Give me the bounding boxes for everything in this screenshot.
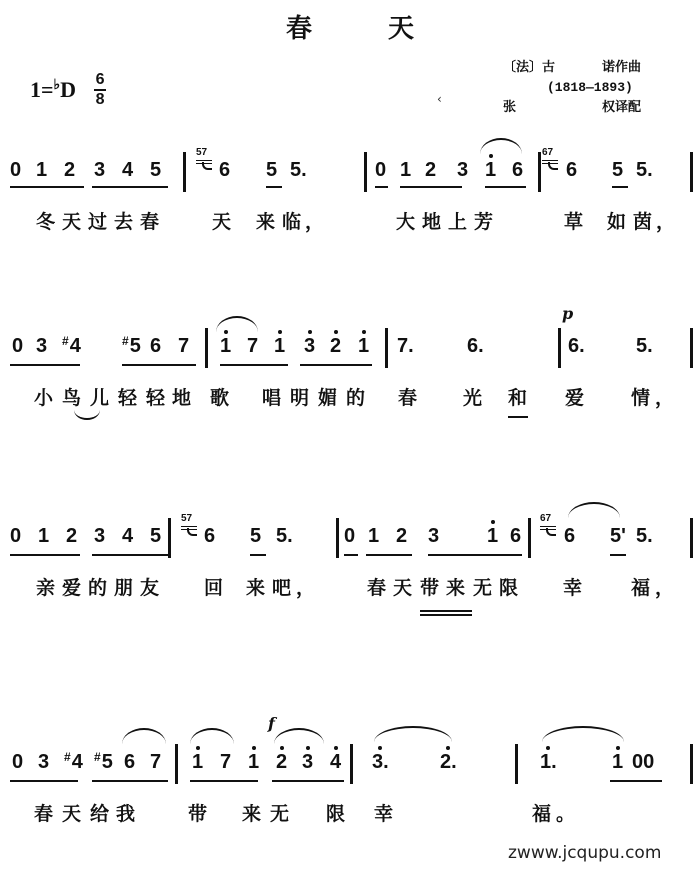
barline <box>364 152 367 192</box>
lyrics-row: 亲爱的朋友回来吧，春天带来无限幸福， <box>0 576 700 602</box>
note-value: 6 <box>512 159 523 181</box>
lyrics-row: 小鸟儿轻轻地歌唱明媚的春光和爱情， <box>0 386 700 412</box>
beam-underline <box>10 554 80 556</box>
lyric-char: 吧 <box>272 576 291 600</box>
slur-arc <box>480 138 522 154</box>
beam-underline <box>610 554 626 556</box>
note-value: 6 <box>204 525 215 547</box>
note-value: 5 <box>250 525 261 547</box>
sharp-icon: # <box>62 334 69 348</box>
lyric-char: 明 <box>290 386 309 410</box>
note-value: 2 <box>330 335 341 357</box>
composer-years: (1818—1893) <box>503 78 641 98</box>
song-title: 春天 <box>0 8 700 45</box>
note: 6. <box>467 334 484 358</box>
note: 7. <box>397 334 414 358</box>
lyric-char: 来 <box>446 576 465 600</box>
note-value: 1 <box>368 525 379 547</box>
barline <box>690 744 693 784</box>
note: 2 <box>425 158 436 182</box>
grace-notes: 57 <box>181 514 192 524</box>
barline <box>558 328 561 368</box>
beam-underline <box>10 364 80 366</box>
note: #5 <box>94 750 113 776</box>
note: 0 <box>10 158 21 182</box>
note-value: 4 <box>122 525 133 547</box>
note-value: 5 <box>150 159 161 181</box>
barline <box>183 152 186 192</box>
lyrics-row: 春天给我带来无限幸福。 <box>0 802 700 828</box>
lyric-char: 去 <box>114 210 133 234</box>
barline <box>350 744 353 784</box>
lyric-char: 春 <box>367 576 386 600</box>
lyric-char: 福 <box>532 802 551 826</box>
note: 5. <box>636 334 653 358</box>
note: 2 <box>330 334 341 358</box>
note: 3 <box>36 334 47 358</box>
barline <box>385 328 388 368</box>
note-value: 5 <box>266 159 277 181</box>
beam-underline <box>428 554 522 556</box>
note: 2. <box>440 750 457 774</box>
note-value: 5. <box>636 159 653 181</box>
lyric-char: 情 <box>631 386 650 410</box>
composer-role: 诺作曲 <box>602 58 641 78</box>
note: 1 <box>358 334 369 358</box>
note: 5 <box>150 158 161 182</box>
note-value: 3 <box>428 525 439 547</box>
slur-arc <box>216 316 258 332</box>
lyric-char: 春 <box>140 210 159 234</box>
note-value: 2 <box>276 751 287 773</box>
lyric-char: ， <box>655 386 674 410</box>
note: #4 <box>64 750 83 776</box>
slur-arc <box>542 726 624 742</box>
lyric-char: 大 <box>396 210 415 234</box>
note-value: 5. <box>636 335 653 357</box>
note-value: 1. <box>540 751 557 773</box>
note-value: 5. <box>636 525 653 547</box>
lyric-char: 轻 <box>118 386 137 410</box>
lyric-char: 春 <box>398 386 417 410</box>
note-value: 5 <box>612 159 623 181</box>
barline <box>175 744 178 784</box>
key-signature: 1 = ♭ D 6 8 <box>30 72 106 108</box>
note-value: 0 <box>10 525 21 547</box>
lyric-underline <box>420 614 472 616</box>
time-numerator: 6 <box>96 72 105 88</box>
key-tonic: 1 <box>30 77 41 103</box>
lyric-char: 幸 <box>374 802 393 826</box>
note: 6 <box>219 158 230 182</box>
lyric-char: 。 <box>556 802 575 826</box>
barline <box>690 518 693 558</box>
notation-row: 03#4#5671712343.2.1.100f <box>0 744 700 784</box>
credits: 〔法〕古 诺作曲 (1818—1893) 张 权译配 <box>503 58 641 118</box>
lyric-char: 冬 <box>36 210 55 234</box>
note: 6 <box>150 334 161 358</box>
lyric-char: 上 <box>448 210 467 234</box>
time-denominator: 8 <box>96 92 105 108</box>
note-value: 0 <box>10 159 21 181</box>
lyric-char: 如 <box>607 210 626 234</box>
note-value: 5 <box>130 335 141 357</box>
note-value: 1 <box>400 159 411 181</box>
note-value: 3. <box>372 751 389 773</box>
note: 1 <box>248 750 259 774</box>
lyric-char: 媚 <box>318 386 337 410</box>
note: #5 <box>122 334 141 360</box>
title-char-2: 天 <box>388 8 414 45</box>
note-value: 3 <box>302 751 313 773</box>
lyric-char: 限 <box>326 802 345 826</box>
lyric-underline <box>508 416 528 418</box>
note: #4 <box>62 334 81 360</box>
grace-notes: 67 <box>540 514 551 524</box>
note: 6 <box>512 158 523 182</box>
note: 4 <box>330 750 341 774</box>
slur-arc <box>122 728 166 744</box>
lyric-char: 临 <box>282 210 301 234</box>
beam-underline <box>10 186 84 188</box>
note: 3. <box>372 750 389 774</box>
lyric-char: ， <box>655 576 674 600</box>
lyric-char: 来 <box>242 802 261 826</box>
lyric-char: 带 <box>420 576 439 600</box>
lyric-char: 亲 <box>36 576 55 600</box>
note: 3 <box>457 158 468 182</box>
lyric-char: 光 <box>463 386 482 410</box>
note: 4 <box>122 158 133 182</box>
sharp-icon: # <box>64 750 71 764</box>
lyrics-row: 冬天过去春天来临，大地上芳草如茵， <box>0 210 700 236</box>
note-value: 2. <box>440 751 457 773</box>
beam-underline <box>610 780 662 782</box>
lyric-char: 限 <box>499 576 518 600</box>
note-value: 1 <box>274 335 285 357</box>
beam-underline <box>92 554 168 556</box>
note: 3 <box>302 750 313 774</box>
arranger-row: 张 权译配 <box>503 98 641 118</box>
barline <box>690 328 693 368</box>
lyric-char: 我 <box>116 802 135 826</box>
beam-underline <box>122 364 196 366</box>
note-value: 0 <box>344 525 355 547</box>
beam-underline <box>400 186 462 188</box>
lyric-char: 无 <box>270 802 289 826</box>
note-value: 1 <box>36 159 47 181</box>
note-value: 0 <box>375 159 386 181</box>
sharp-icon: # <box>122 334 129 348</box>
watermark: zwww.jcqupu.com <box>508 843 661 863</box>
note: 1 <box>274 334 285 358</box>
arranger-role: 权译配 <box>602 98 641 118</box>
lyric-char: 天 <box>212 210 231 234</box>
note-value: 3 <box>36 335 47 357</box>
beam-underline <box>10 780 78 782</box>
barline <box>538 152 541 192</box>
stray-mark: ‹ <box>437 92 442 106</box>
note: 0 <box>12 750 23 774</box>
lyric-char: 轻 <box>146 386 165 410</box>
lyric-slur-arc <box>74 410 100 420</box>
note: 5 <box>150 524 161 548</box>
lyric-char: 芳 <box>474 210 493 234</box>
note-value: 3 <box>94 525 105 547</box>
note-value: 2 <box>66 525 77 547</box>
lyric-char: 的 <box>346 386 365 410</box>
note: 5' <box>610 524 626 548</box>
barline <box>336 518 339 558</box>
note-value: 5 <box>150 525 161 547</box>
note-value: 7 <box>178 335 189 357</box>
note: 4 <box>122 524 133 548</box>
note-value: 1 <box>358 335 369 357</box>
note: 1 <box>220 334 231 358</box>
lyric-char: ， <box>305 210 324 234</box>
lyric-char: 歌 <box>210 386 229 410</box>
note: 00 <box>632 750 654 774</box>
note: 5. <box>636 524 653 548</box>
lyric-char: 朋 <box>114 576 133 600</box>
note: 2 <box>396 524 407 548</box>
note-value: 4 <box>72 751 83 773</box>
lyric-char: 春 <box>34 802 53 826</box>
grace-hook-icon <box>546 528 556 536</box>
beam-underline <box>375 186 388 188</box>
note-value: 2 <box>425 159 436 181</box>
grace-notes: 67 <box>542 148 553 158</box>
note-value: 7. <box>397 335 414 357</box>
lyric-char: 天 <box>393 576 412 600</box>
beam-underline <box>92 780 168 782</box>
time-signature: 6 8 <box>94 72 106 108</box>
beam-underline <box>220 364 288 366</box>
note-value: 0 <box>12 751 23 773</box>
slur-arc <box>568 502 620 518</box>
note: 3 <box>428 524 439 548</box>
note-value: 5' <box>610 525 626 547</box>
key-note: D <box>60 77 76 103</box>
note: 6 <box>204 524 215 548</box>
note: 6 <box>510 524 521 548</box>
beam-underline <box>366 554 412 556</box>
note: 1 <box>38 524 49 548</box>
note-value: 1 <box>38 525 49 547</box>
note: 5. <box>276 524 293 548</box>
beam-underline <box>92 186 168 188</box>
lyric-char: 无 <box>473 576 492 600</box>
lyric-char: 草 <box>564 210 583 234</box>
note: 3 <box>94 158 105 182</box>
lyric-char: 幸 <box>563 576 582 600</box>
lyric-char: 来 <box>246 576 265 600</box>
note: 2 <box>64 158 75 182</box>
barline <box>528 518 531 558</box>
note: 1 <box>400 158 411 182</box>
note-value: 6 <box>566 159 577 181</box>
composer-row: 〔法〕古 诺作曲 <box>503 58 641 78</box>
note-value: 5. <box>290 159 307 181</box>
note: 6 <box>124 750 135 774</box>
note-value: 3 <box>94 159 105 181</box>
lyric-char: 友 <box>140 576 159 600</box>
sharp-icon: # <box>94 750 101 764</box>
key-equals: = <box>41 77 54 103</box>
grace-hook-icon <box>548 162 558 170</box>
note: 1 <box>487 524 498 548</box>
notation-row: 03#4#5671713217.6.6.5.p <box>0 328 700 368</box>
lyric-char: 过 <box>88 210 107 234</box>
note: 7 <box>150 750 161 774</box>
barline <box>690 152 693 192</box>
note: 6. <box>568 334 585 358</box>
note-value: 6 <box>150 335 161 357</box>
grace-underline <box>540 526 556 527</box>
lyric-underline <box>420 610 472 612</box>
note-value: 3 <box>457 159 468 181</box>
note: 1 <box>192 750 203 774</box>
lyric-char: 的 <box>88 576 107 600</box>
note: 7 <box>178 334 189 358</box>
lyric-char: 带 <box>188 802 207 826</box>
note: 6 <box>566 158 577 182</box>
note-value: 2 <box>396 525 407 547</box>
note: 3 <box>304 334 315 358</box>
note-value: 6. <box>467 335 484 357</box>
grace-underline <box>196 160 212 161</box>
lyric-char: 和 <box>508 386 527 410</box>
note-value: 4 <box>330 751 341 773</box>
note-value: 6 <box>219 159 230 181</box>
note: 7 <box>247 334 258 358</box>
note-value: 6 <box>510 525 521 547</box>
note: 5 <box>612 158 623 182</box>
beam-underline <box>250 554 266 556</box>
lyric-char: 爱 <box>565 386 584 410</box>
note: 2 <box>276 750 287 774</box>
note-value: 0 <box>12 335 23 357</box>
grace-hook-icon <box>202 162 212 170</box>
note-value: 00 <box>632 751 654 773</box>
lyric-char: 儿 <box>90 386 109 410</box>
grace-underline <box>542 160 558 161</box>
dynamic-marking: p <box>562 304 573 323</box>
barline <box>515 744 518 784</box>
lyric-char: 地 <box>172 386 191 410</box>
grace-hook-icon <box>187 528 197 536</box>
beam-underline <box>266 186 282 188</box>
note-value: 1 <box>485 159 496 181</box>
flat-icon: ♭ <box>54 77 61 94</box>
note: 3 <box>38 750 49 774</box>
arranger-name: 张 <box>503 98 516 118</box>
lyric-char: ， <box>656 210 675 234</box>
grace-notes: 57 <box>196 148 207 158</box>
title-char-1: 春 <box>286 8 312 45</box>
note: 1. <box>540 750 557 774</box>
lyric-char: ， <box>296 576 315 600</box>
note: 1 <box>36 158 47 182</box>
slur-arc <box>374 726 452 742</box>
lyric-char: 福 <box>631 576 650 600</box>
beam-underline <box>272 780 344 782</box>
note-value: 6 <box>124 751 135 773</box>
lyric-char: 天 <box>62 802 81 826</box>
note: 0 <box>10 524 21 548</box>
note: 7 <box>220 750 231 774</box>
note: 6 <box>564 524 575 548</box>
lyric-char: 鸟 <box>62 386 81 410</box>
lyric-char: 给 <box>90 802 109 826</box>
note: 1 <box>612 750 623 774</box>
note: 0 <box>12 334 23 358</box>
note-value: 4 <box>122 159 133 181</box>
lyric-char: 茵 <box>633 210 652 234</box>
note-value: 1 <box>487 525 498 547</box>
note: 1 <box>368 524 379 548</box>
barline <box>205 328 208 368</box>
lyric-char: 爱 <box>62 576 81 600</box>
lyric-char: 地 <box>422 210 441 234</box>
note-value: 6. <box>568 335 585 357</box>
beam-underline <box>612 186 628 188</box>
note: 1 <box>485 158 496 182</box>
note: 3 <box>94 524 105 548</box>
beam-underline <box>485 186 526 188</box>
note-value: 1 <box>192 751 203 773</box>
note-value: 5. <box>276 525 293 547</box>
lyric-char: 回 <box>204 576 223 600</box>
lyric-char: 小 <box>34 386 53 410</box>
note: 5. <box>290 158 307 182</box>
note-value: 1 <box>220 335 231 357</box>
lyric-char: 唱 <box>262 386 281 410</box>
slur-arc <box>274 728 324 744</box>
note-value: 3 <box>304 335 315 357</box>
note-value: 1 <box>248 751 259 773</box>
note: 0 <box>375 158 386 182</box>
slur-arc <box>190 728 234 744</box>
notation-row: 012345655.012316655.5767 <box>0 152 700 192</box>
note-value: 7 <box>247 335 258 357</box>
lyric-char: 天 <box>62 210 81 234</box>
grace-underline <box>181 526 197 527</box>
note-value: 4 <box>70 335 81 357</box>
beam-underline <box>300 364 372 366</box>
note-value: 5 <box>102 751 113 773</box>
beam-underline <box>344 554 358 556</box>
note-value: 6 <box>564 525 575 547</box>
note: 5 <box>266 158 277 182</box>
beam-underline <box>190 780 258 782</box>
note: 2 <box>66 524 77 548</box>
note: 5. <box>636 158 653 182</box>
note-value: 1 <box>612 751 623 773</box>
note-value: 7 <box>150 751 161 773</box>
composer-name: 〔法〕古 <box>503 58 555 78</box>
dynamic-marking: f <box>268 714 275 733</box>
notation-row: 012345655.01231665'5.5767 <box>0 518 700 558</box>
note-value: 7 <box>220 751 231 773</box>
note: 0 <box>344 524 355 548</box>
note-value: 2 <box>64 159 75 181</box>
note: 5 <box>250 524 261 548</box>
lyric-char: 来 <box>256 210 275 234</box>
barline <box>168 518 171 558</box>
note-value: 3 <box>38 751 49 773</box>
